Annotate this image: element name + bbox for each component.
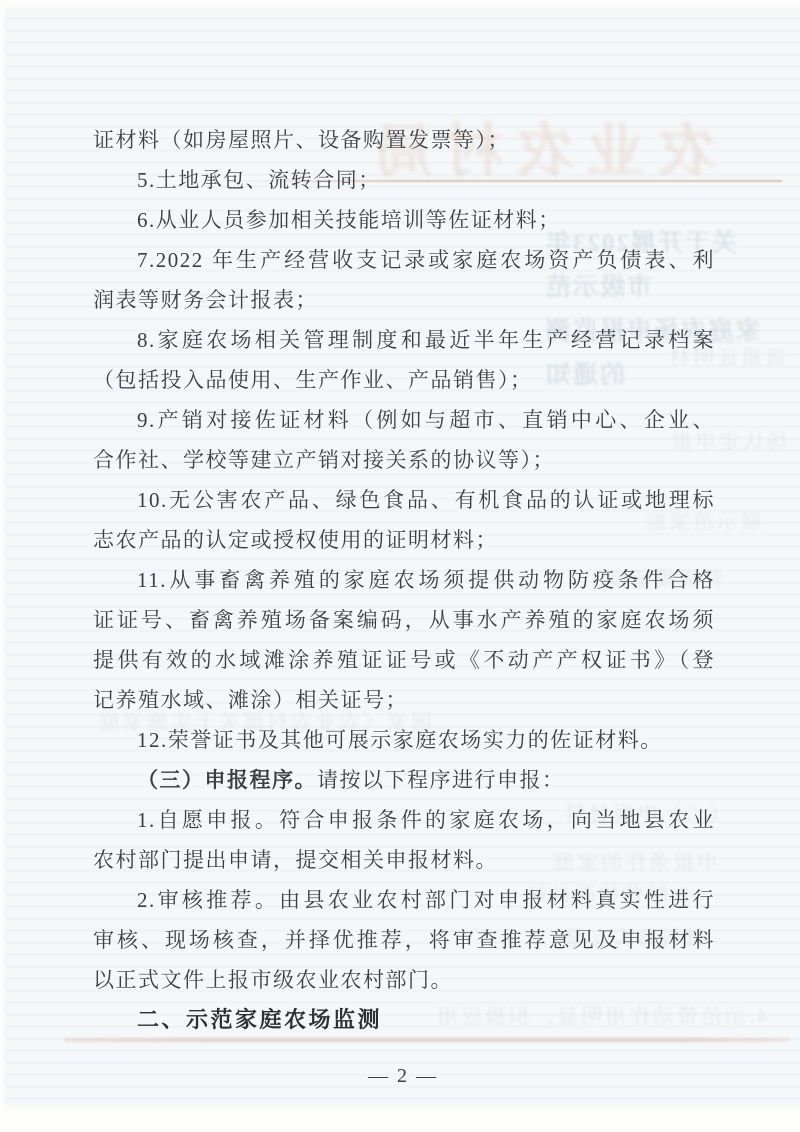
text-line: 以正式文件上报市级农业农村部门。 (93, 960, 715, 1000)
text-line: 7.2022 年生产经营收支记录或家庭农场资产负债表、利 (93, 240, 715, 280)
text-line: 5.土地承包、流转合同； (93, 160, 715, 200)
document-body: 证材料（如房屋照片、设备购置发票等）；5.土地承包、流转合同；6.从业人员参加相… (93, 120, 715, 1040)
text-line: 8.家庭农场相关管理制度和最近半年生产经营记录档案 (93, 320, 715, 360)
page-number: — 2 — (6, 1060, 800, 1092)
text-line: 志农产品的认定或授权使用的证明材料； (93, 520, 715, 560)
text-line: 12.荣誉证书及其他可展示家庭农场实力的佐证材料。 (93, 720, 715, 760)
text-line: 1.自愿申报。符合申报条件的家庭农场，向当地县农业 (93, 800, 715, 840)
text-line: （三）申报程序。请按以下程序进行申报： (93, 760, 715, 800)
text-line: 6.从业人员参加相关技能培训等佐证材料； (93, 200, 715, 240)
text-line: 10.无公害农产品、绿色食品、有机食品的认证或地理标 (93, 480, 715, 520)
text-line: 证证号、畜禽养殖场备案编码，从事水产养殖的家庭农场须 (93, 600, 715, 640)
text-line: 证材料（如房屋照片、设备购置发票等）； (93, 120, 715, 160)
text-line: 记养殖水域、滩涂）相关证号； (93, 680, 715, 720)
text-line: 农村部门提出申请，提交相关申报材料。 (93, 840, 715, 880)
text-line: 合作社、学校等建立产销对接关系的协议等）； (93, 440, 715, 480)
text-line: 润表等财务会计报表； (93, 280, 715, 320)
text-line: 11.从事畜禽养殖的家庭农场须提供动物防疫条件合格 (93, 560, 715, 600)
text-line: 提供有效的水域滩涂养殖证证号或《不动产产权证书》（登 (93, 640, 715, 680)
text-line: 审核、现场核查，并择优推荐，将审查推荐意见及申报材料 (93, 920, 715, 960)
paragraph-lead: （三）申报程序。 (137, 768, 317, 792)
document-page: 农业农村局 关于开展2023年市级示范家庭农场申报监测的通知 资质证明材场认定申… (6, 8, 800, 1106)
section-heading: 二、示范家庭农场监测 (93, 1000, 715, 1040)
text-line: 2.审核推荐。由县农业农村部门对申报材料真实性进行 (93, 880, 715, 920)
text-line: 9.产销对接佐证材料（例如与超市、直销中心、企业、 (93, 400, 715, 440)
text-line: （包括投入品使用、生产作业、产品销售）； (93, 360, 715, 400)
